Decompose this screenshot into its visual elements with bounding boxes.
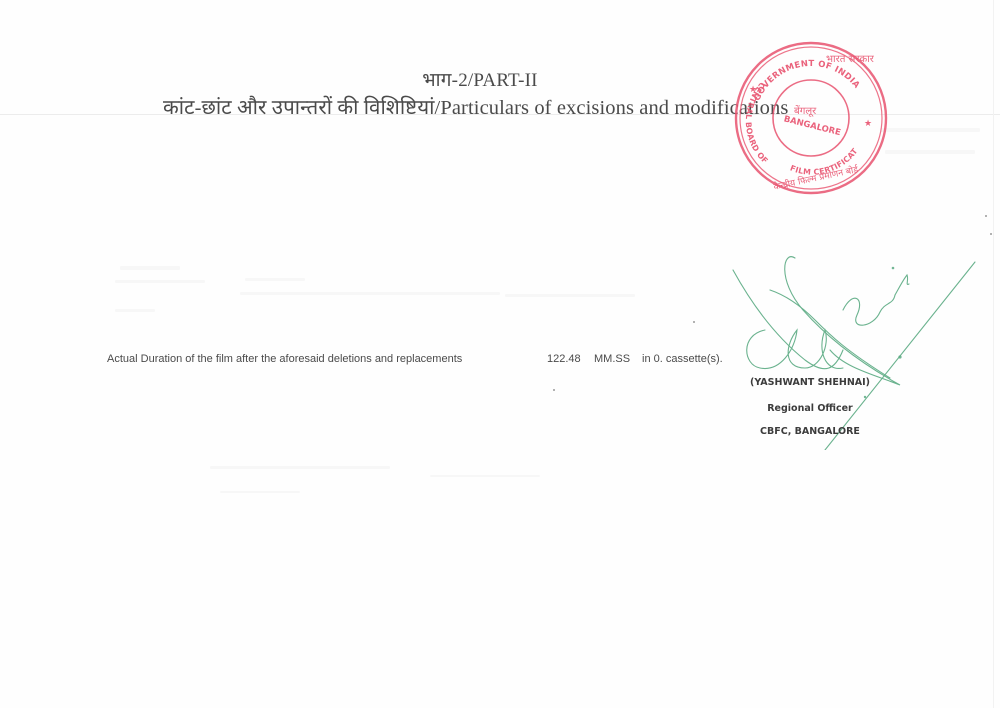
stamp-center-english: BANGALORE [783, 114, 842, 138]
cassette-count: in 0. cassette(s). [642, 353, 723, 365]
bleed-through [120, 266, 180, 270]
bleed-through [880, 128, 980, 132]
signature-scribble [725, 250, 985, 450]
svg-text:★: ★ [749, 85, 757, 95]
document-page: भाग-2/PART-II कांट-छांट और उपान्तरों की … [0, 0, 1000, 708]
bleed-through [115, 309, 155, 312]
bleed-through [210, 466, 390, 469]
svg-text:★: ★ [864, 119, 872, 129]
bleed-through [220, 491, 300, 493]
official-seal-stamp: भारत सरकार GOVERNMENT OF INDIA CENTRAL B… [733, 40, 889, 196]
scan-speck [985, 215, 987, 217]
signatory-organization: CBFC, BANGALORE [740, 426, 880, 437]
stamp-top-hindi: भारत सरकार [826, 54, 875, 65]
bleed-through [115, 280, 205, 283]
bleed-through [885, 150, 975, 154]
signatory-designation: Regional Officer [740, 403, 880, 414]
bleed-through [505, 294, 635, 297]
scan-speck [553, 389, 555, 391]
bleed-through [245, 278, 305, 281]
duration-label: Actual Duration of the film after the af… [107, 353, 462, 365]
scan-artifact [993, 0, 994, 708]
signatory-name: (YASHWANT SHEHNAI) [740, 377, 880, 388]
duration-unit: MM.SS [594, 353, 630, 365]
stamp-center-hindi: बेंगलूर [794, 105, 817, 117]
bleed-through [240, 292, 500, 295]
scan-speck [693, 321, 695, 323]
bleed-through [430, 475, 540, 477]
duration-value: 122.48 [547, 353, 581, 365]
scan-speck [990, 233, 992, 235]
section-title: कांट-छांट और उपान्तरों की विशिष्टियां/Pa… [163, 93, 788, 121]
